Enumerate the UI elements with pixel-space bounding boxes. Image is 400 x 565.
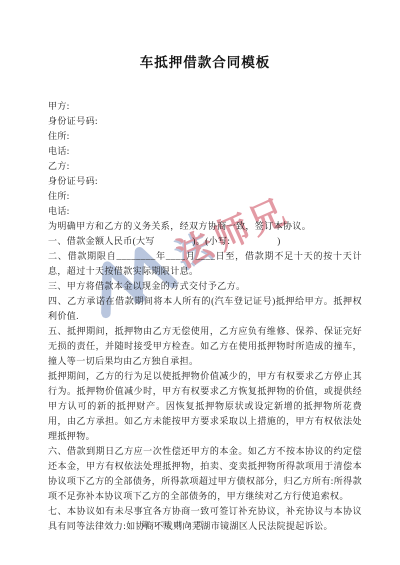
page-number: 第 1 页 共 2 页 [0, 519, 346, 530]
document-title: 车抵押借款合同模板 [48, 51, 362, 71]
field-party-b: 乙方: [48, 159, 362, 174]
field-address-b: 住所: [48, 189, 362, 204]
clause-3-cash-delivery: 三、甲方将借款本金以现金的方式交付予乙方。 [48, 279, 362, 294]
clause-2-loan-term: 二、借款期限自________年____月____日至，借款期不足十天的按十天计… [48, 249, 362, 279]
field-phone-a: 电话: [48, 144, 362, 159]
clause-4-car-pledge: 四、乙方承诺在借款期间将本人所有的(汽车登记证号)抵押给甲方。抵押权利价值. [48, 294, 362, 324]
field-address-a: 住所: [48, 129, 362, 144]
field-party-a: 甲方: [48, 99, 362, 114]
document-content: 车抵押借款合同模板 甲方: 身份证号码: 住所: 电话: 乙方: 身份证号码: … [48, 51, 362, 534]
clause-6-repayment: 六、借款到期日乙方应一次性偿还甲方的本金。如乙方不按本协议的约定偿还本金，甲方有… [48, 444, 362, 504]
field-phone-b: 电话: [48, 204, 362, 219]
clause-1-loan-amount: 一、借款金额人民币(大写 )。(小写: ) [48, 234, 362, 249]
document-body: 甲方: 身份证号码: 住所: 电话: 乙方: 身份证号码: 住所: 电话: 为明… [48, 99, 362, 534]
clause-5-pledge-use: 五、抵押期间，抵押物由乙方无偿使用，乙方应负有维修、保养、保证完好无损的责任，并… [48, 324, 362, 369]
field-id-number-a: 身份证号码: [48, 114, 362, 129]
clause-5b-pledge-value: 抵押期间，乙方的行为足以使抵押物价值减少的，甲方有权要求乙方停止其行为。抵押物价… [48, 369, 362, 444]
intro-paragraph: 为明确甲方和乙方的义务关系，经双方协商一致，签订本协议。 [48, 219, 362, 234]
document-page: 法 师兄 车抵押借款合同模板 甲方: 身份证号码: 住所: 电话: 乙方: 身份… [0, 0, 400, 565]
field-id-number-b: 身份证号码: [48, 174, 362, 189]
